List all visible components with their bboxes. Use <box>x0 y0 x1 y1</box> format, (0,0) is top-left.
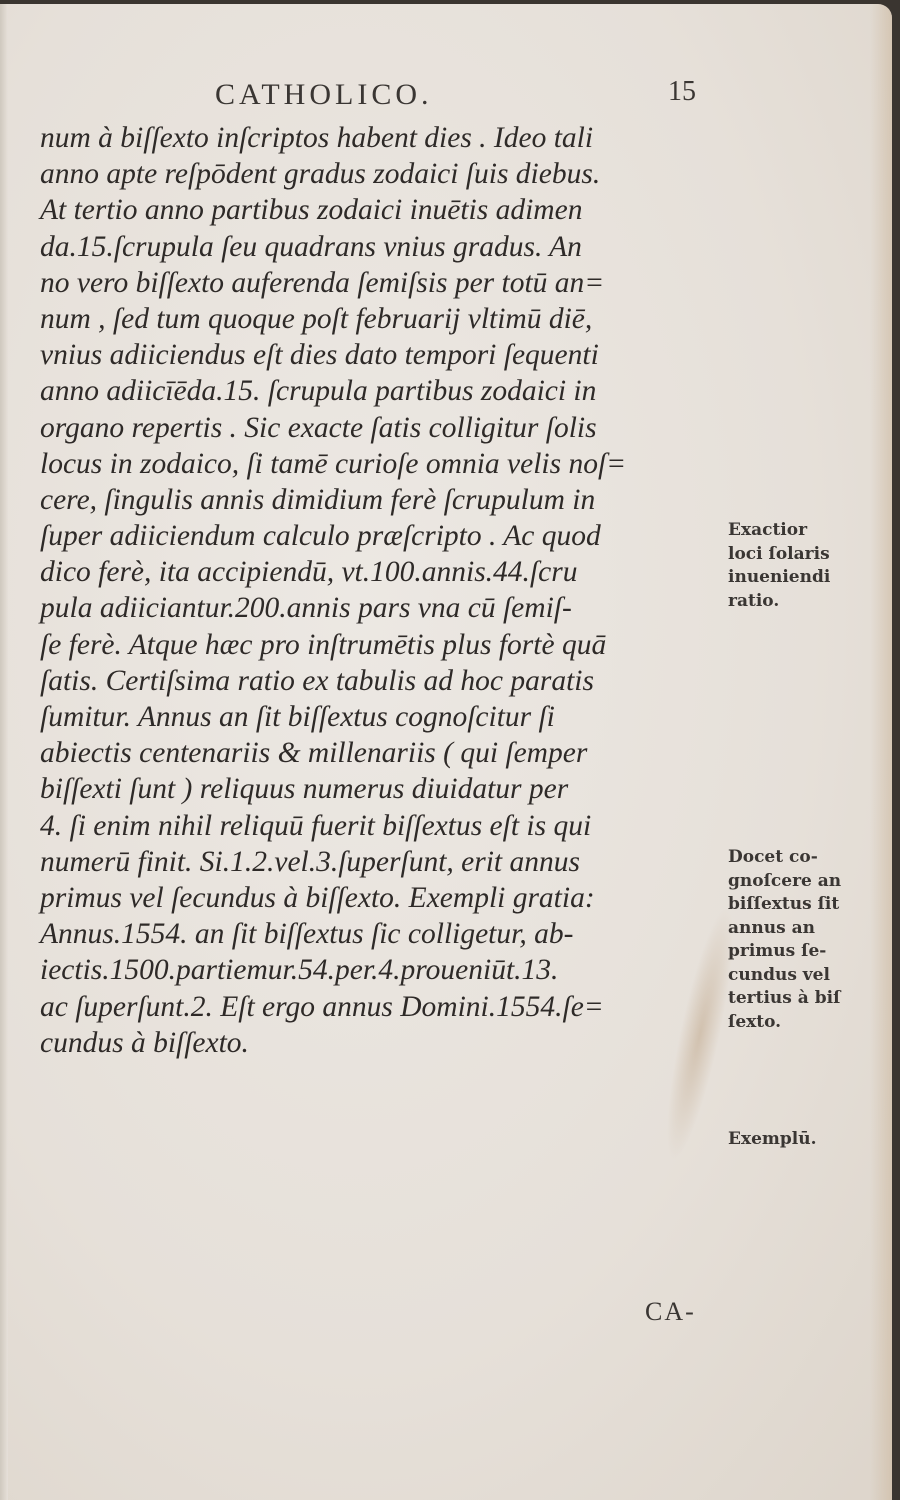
margin-note-line: ſexto. <box>728 1011 878 1035</box>
margin-note-exactior: Exactior loci ſolaris inueniendi ratio. <box>728 519 878 613</box>
text-line: cundus à biſſexto. <box>40 1025 720 1061</box>
text-line: num à biſſexto inſcriptos habent dies . … <box>40 120 720 156</box>
text-line: ac ſuperſunt.2. Eſt ergo annus Domini.15… <box>40 989 720 1025</box>
text-line: pula adiiciantur.200.annis pars vna cū ſ… <box>40 590 720 626</box>
gutter-edge <box>0 4 8 1500</box>
page-number: 15 <box>668 76 696 108</box>
margin-note-line: ratio. <box>728 590 878 614</box>
margin-note-line: inueniendi <box>728 566 878 590</box>
text-line: no vero biſſexto auferenda ſemiſsis per … <box>40 265 720 301</box>
text-line: ſe ferè. Atque hæc pro inſtrumētis plus … <box>40 627 720 663</box>
body-text: num à biſſexto inſcriptos habent dies . … <box>40 120 720 1061</box>
text-line: biſſexti ſunt ) reliquus numerus diuidat… <box>40 771 720 807</box>
text-line: primus vel ſecundus à biſſexto. Exempli … <box>40 880 720 916</box>
catchword: CA- <box>645 1297 696 1327</box>
margin-note-line: loci ſolaris <box>728 543 878 567</box>
text-line: organo repertis . Sic exacte ſatis colli… <box>40 410 720 446</box>
margin-note-exemplum: Exemplū. <box>728 1128 878 1152</box>
margin-note-line: cundus vel <box>728 964 878 988</box>
text-line: 4. ſi enim nihil reliquū fuerit biſſextu… <box>40 808 720 844</box>
book-page: CATHOLICO. 15 num à biſſexto inſcriptos … <box>0 4 892 1500</box>
text-line: cere, ſingulis annis dimidium ferè ſcrup… <box>40 482 720 518</box>
margin-note-docet: Docet co- gnoſcere an biſſextus ſit annu… <box>728 846 878 1034</box>
margin-note-line: primus ſe- <box>728 940 878 964</box>
margin-note-line: Exemplū. <box>728 1128 878 1152</box>
text-line: At tertio anno partibus zodaici inuētis … <box>40 192 720 228</box>
margin-note-line: tertius à biſ <box>728 987 878 1011</box>
text-line: anno adiicīēda.15. ſcrupula partibus zod… <box>40 373 720 409</box>
text-line: locus in zodaico, ſi tamē curioſe omnia … <box>40 446 720 482</box>
margin-note-line: biſſextus ſit <box>728 893 878 917</box>
text-line: dico ferè, ita accipiendū, vt.100.annis.… <box>40 554 720 590</box>
text-line: ſuper adiiciendum calculo præſcripto . A… <box>40 518 720 554</box>
text-line: num , ſed tum quoque poſt februarij vlti… <box>40 301 720 337</box>
text-line: iectis.1500.partiemur.54.per.4.proueniūt… <box>40 952 720 988</box>
running-head: CATHOLICO. <box>215 78 433 112</box>
text-line: ſatis. Certiſsima ratio ex tabulis ad ho… <box>40 663 720 699</box>
text-line: numerū finit. Si.1.2.vel.3.ſuperſunt, er… <box>40 844 720 880</box>
text-line: vnius adiiciendus eſt dies dato tempori … <box>40 337 720 373</box>
text-line: abiectis centenariis & millenariis ( qui… <box>40 735 720 771</box>
margin-note-line: annus an <box>728 917 878 941</box>
margin-note-line: gnoſcere an <box>728 870 878 894</box>
text-line: Annus.1554. an ſit biſſextus ſic collige… <box>40 916 720 952</box>
text-line: ſumitur. Annus an ſit biſſextus cognoſci… <box>40 699 720 735</box>
margin-note-line: Exactior <box>728 519 878 543</box>
text-line: da.15.ſcrupula ſeu quadrans vnius gradus… <box>40 229 720 265</box>
margin-note-line: Docet co- <box>728 846 878 870</box>
text-line: anno apte reſpōdent gradus zodaici ſuis … <box>40 156 720 192</box>
